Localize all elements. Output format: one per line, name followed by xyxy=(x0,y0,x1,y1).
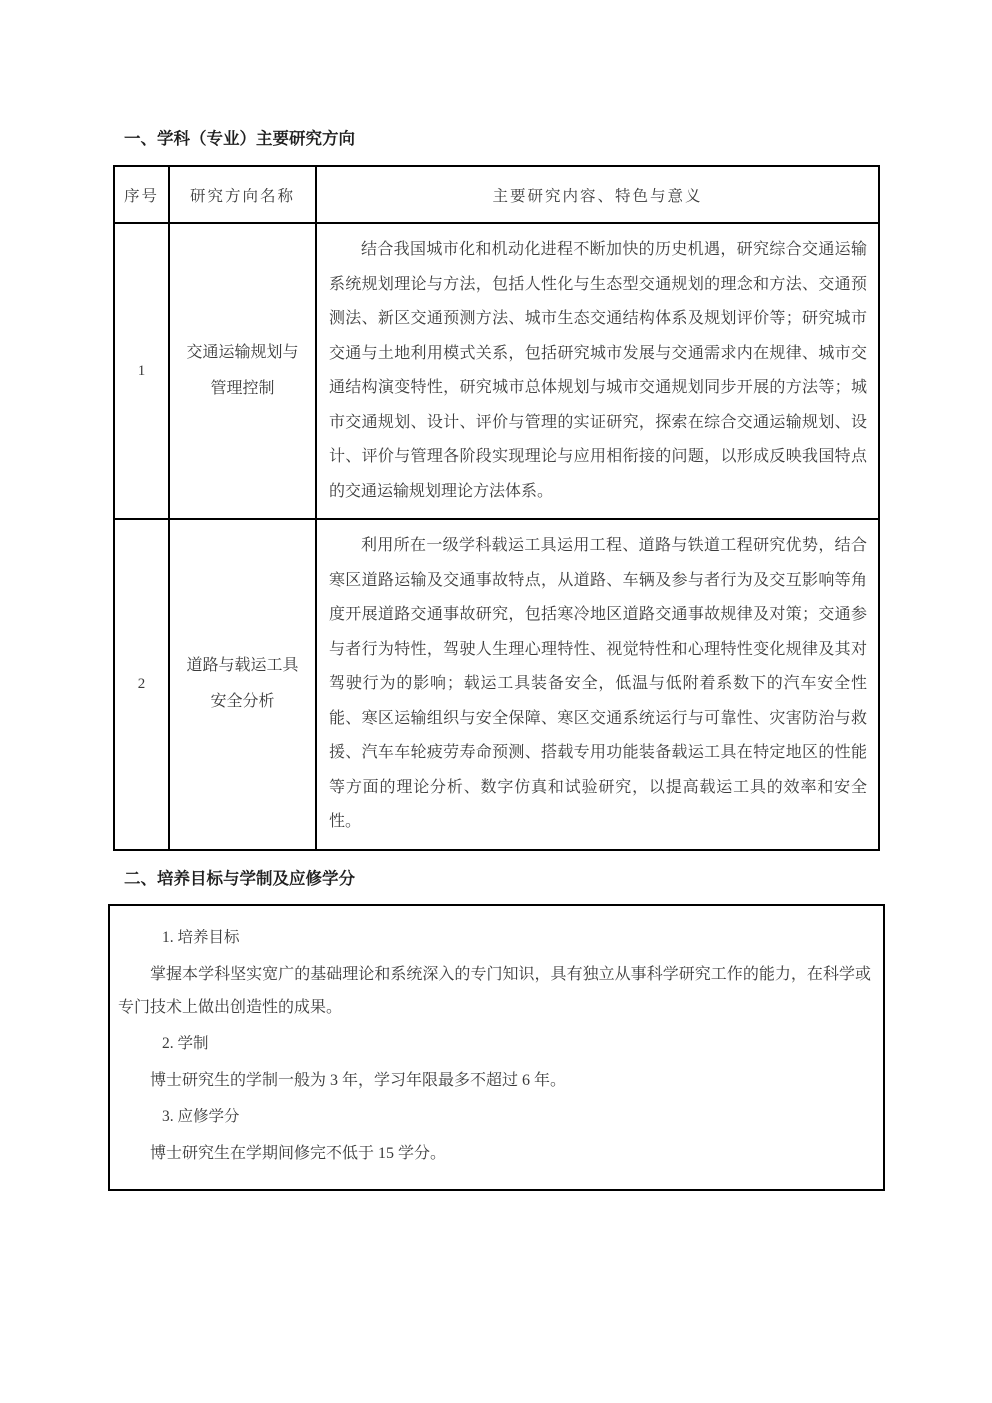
row1-direction-content: 结合我国城市化和机动化进程不断加快的历史机遇，研究综合交通运输系统规划理论与方法… xyxy=(316,223,879,519)
row2-direction-name-text: 道路与载运工具安全分析 xyxy=(184,648,302,720)
goal-item-1-label: 1. 培养目标 xyxy=(162,923,871,953)
column-header-direction-name: 研究方向名称 xyxy=(169,166,316,223)
row2-direction-content-text: 利用所在一级学科载运工具运用工程、道路与铁道工程研究优势，结合寒区道路运输及交通… xyxy=(329,529,867,840)
table-row: 2 道路与载运工具安全分析 利用所在一级学科载运工具运用工程、道路与铁道工程研究… xyxy=(114,519,879,850)
goal-item-3-text: 博士研究生在学期间修完不低于 15 学分。 xyxy=(118,1137,871,1170)
row1-direction-name: 交通运输规划与管理控制 xyxy=(169,223,316,519)
row1-direction-content-text: 结合我国城市化和机动化进程不断加快的历史机遇，研究综合交通运输系统规划理论与方法… xyxy=(329,233,867,509)
column-header-content: 主要研究内容、特色与意义 xyxy=(316,166,879,223)
row2-number: 2 xyxy=(114,519,169,850)
goal-item-3-label: 3. 应修学分 xyxy=(162,1102,871,1132)
table-row: 1 交通运输规划与管理控制 结合我国城市化和机动化进程不断加快的历史机遇，研究综… xyxy=(114,223,879,519)
training-goals-box: 1. 培养目标 掌握本学科坚实宽广的基础理论和系统深入的专门知识，具有独立从事科… xyxy=(108,904,885,1191)
row2-direction-name: 道路与载运工具安全分析 xyxy=(169,519,316,850)
section1-heading: 一、学科（专业）主要研究方向 xyxy=(124,128,992,150)
goal-item-2-label: 2. 学制 xyxy=(162,1029,871,1059)
research-directions-table: 序号 研究方向名称 主要研究内容、特色与意义 1 交通运输规划与管理控制 结合我… xyxy=(113,165,880,851)
row2-direction-content: 利用所在一级学科载运工具运用工程、道路与铁道工程研究优势，结合寒区道路运输及交通… xyxy=(316,519,879,850)
row1-number: 1 xyxy=(114,223,169,519)
goal-item-1-text: 掌握本学科坚实宽广的基础理论和系统深入的专门知识，具有独立从事科学研究工作的能力… xyxy=(118,958,871,1024)
document-page: 一、学科（专业）主要研究方向 序号 研究方向名称 主要研究内容、特色与意义 1 … xyxy=(0,0,992,1403)
column-header-number: 序号 xyxy=(114,166,169,223)
table-header-row: 序号 研究方向名称 主要研究内容、特色与意义 xyxy=(114,166,879,223)
row1-direction-name-text: 交通运输规划与管理控制 xyxy=(184,335,302,407)
section2-heading: 二、培养目标与学制及应修学分 xyxy=(124,868,992,890)
goal-item-2-text: 博士研究生的学制一般为 3 年，学习年限最多不超过 6 年。 xyxy=(118,1064,871,1097)
